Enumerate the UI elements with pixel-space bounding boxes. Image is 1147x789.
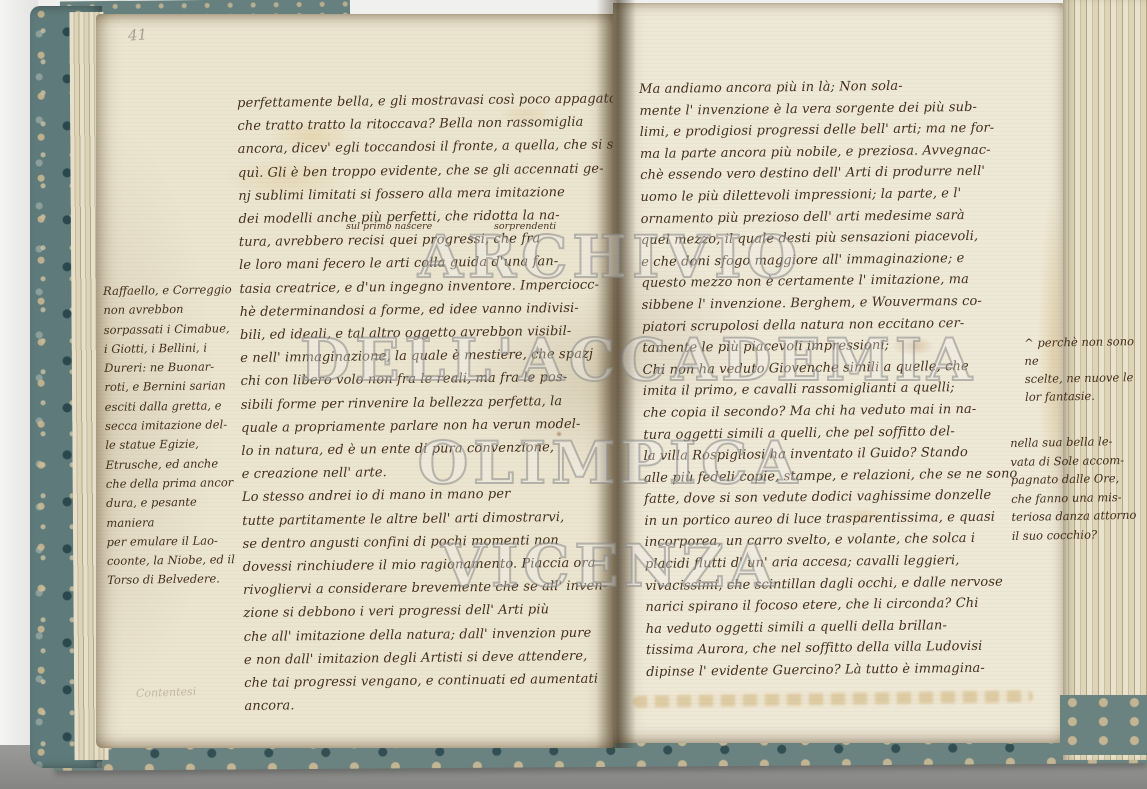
right-margin-note-1-line: ^ perchè non sono ne <box>1024 332 1147 370</box>
left-main-text-line: ancora. <box>244 691 626 719</box>
right-margin-note-2-line: pagnato dalle Ore, <box>1011 469 1143 490</box>
left-pencil-folio: 41 <box>127 25 147 44</box>
left-main-text-line: quale a propriamente parlare non ha veru… <box>241 412 623 440</box>
left-main-text-line: chi con libero volo non fra le reali, ma… <box>240 366 622 394</box>
right-margin-note-1: ^ perchè non sono nescelte, ne nuove lel… <box>1024 332 1147 406</box>
left-page: 41 perfettamente bella, e gli mostravasi… <box>96 14 613 748</box>
left-margin-note-line: esciti dalla gretta, e <box>105 396 243 417</box>
left-main-text-line: nj sublimi limitati si fossero alla mera… <box>238 180 620 208</box>
left-margin-note-line: i Giotti, i Bellini, i <box>104 338 242 359</box>
left-margin-note-line: dura, e pesante maniera <box>106 492 245 533</box>
left-margin-note-line: non avrebbon <box>103 299 241 320</box>
left-margin-note-line: le statue Egizie, <box>105 434 243 455</box>
interlinear-correction-1: sul primo nascere <box>346 221 432 232</box>
left-margin-note-line: secca imitazione del- <box>105 415 243 436</box>
right-margin-note-2: nella sua bella le-vata di Sole accom-pa… <box>1010 432 1144 545</box>
right-main-text-line: dipinse l' evidente Guercino? Là tutto è… <box>646 657 1070 684</box>
left-margin-note-line: per emulare il Lao- <box>107 531 245 552</box>
left-margin-note-line: coonte, la Niobe, ed il <box>107 550 245 571</box>
left-margin-note-line: sorpassati i Cimabue, <box>104 319 242 340</box>
right-margin-note-2-line: il suo cocchio? <box>1012 524 1144 545</box>
left-margin-note-line: che della prima ancor <box>106 473 244 494</box>
manuscript-scan: 41 perfettamente bella, e gli mostravasi… <box>0 0 1147 789</box>
left-margin-note-line: Dureri: ne Buonar- <box>104 357 242 378</box>
right-page: 18 Ma andiamo ancora più in là; Non sola… <box>613 3 1065 743</box>
left-margin-note: Raffaello, e Correggionon avrebbonsorpas… <box>103 280 245 591</box>
left-margin-note-line: Etrusche, ed anche <box>105 454 243 475</box>
right-margin-note-2-line: che fanno una mis- <box>1011 487 1143 508</box>
right-margin-note-2-line: teriosa danza attorno <box>1011 506 1143 527</box>
ink-show-through-streak <box>633 690 1033 708</box>
right-margin-note-1-line: scelte, ne nuove le <box>1025 368 1147 388</box>
left-margin-note-line: Torso di Belvedere. <box>107 569 245 590</box>
book-gutter-shadow <box>596 0 636 748</box>
left-page-main-text: perfettamente bella, e gli mostravasi co… <box>237 87 627 718</box>
right-page-main-text: Ma andiamo ancora più in là; Non sola-me… <box>639 74 1070 684</box>
faint-pencil-annotation: Contentesi <box>136 685 197 700</box>
left-margin-note-line: roti, e Bernini sarian <box>104 377 242 398</box>
bottom-right-marbled-corner <box>1060 695 1147 755</box>
right-margin-note-2-line: vata di Sole accom- <box>1010 450 1142 471</box>
right-margin-note-2-line: nella sua bella le- <box>1010 432 1142 453</box>
left-margin-note-line: Raffaello, e Correggio <box>103 280 241 301</box>
interlinear-correction-2: sorprendenti <box>494 221 556 232</box>
right-margin-note-1-line: lor fantasie. <box>1025 386 1147 406</box>
